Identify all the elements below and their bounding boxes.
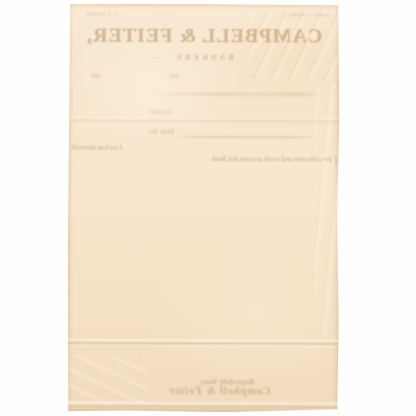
salutation-rule <box>172 136 318 138</box>
dateline: ········· , Ind., 189 <box>91 73 261 81</box>
photo-background: JAMES CAMPBELL. J. S. FEITER. CAMPBELL &… <box>0 0 416 416</box>
paper: JAMES CAMPBELL. J. S. FEITER. CAMPBELL &… <box>67 4 339 413</box>
subtitle-dash-left: — <box>234 53 273 62</box>
dateline-year: 189 <box>91 73 101 80</box>
bleedthrough-smudge-address <box>150 92 320 97</box>
dateline-state: , Ind., <box>166 73 181 80</box>
partner-name-right: J. S. FEITER. <box>85 12 117 17</box>
bleedthrough-smudge-small <box>146 110 172 114</box>
subtitle-dash-right: — <box>135 53 174 62</box>
partner-name-left: JAMES CAMPBELL. <box>282 12 330 17</box>
signature: Campbell & Feiter <box>126 385 312 398</box>
letterhead-company-name: CAMPBELL & FEITER, <box>69 25 340 49</box>
letterhead-subtitle: BANKERS <box>174 53 234 62</box>
body-line-2-text: for collection and credit account this B… <box>210 155 331 163</box>
dateline-blank: ········· <box>247 73 262 80</box>
body-line-2: {for collection and credit account this … <box>210 154 337 164</box>
body-line-1: I enclose herewith <box>71 144 122 152</box>
mirrored-bleedthrough-layer: JAMES CAMPBELL. J. S. FEITER. CAMPBELL &… <box>67 4 339 413</box>
salutation: Dear Sir: <box>148 128 175 136</box>
body-brace: { <box>332 154 338 164</box>
letterhead-subtitle-row: —BANKERS— <box>69 53 340 63</box>
